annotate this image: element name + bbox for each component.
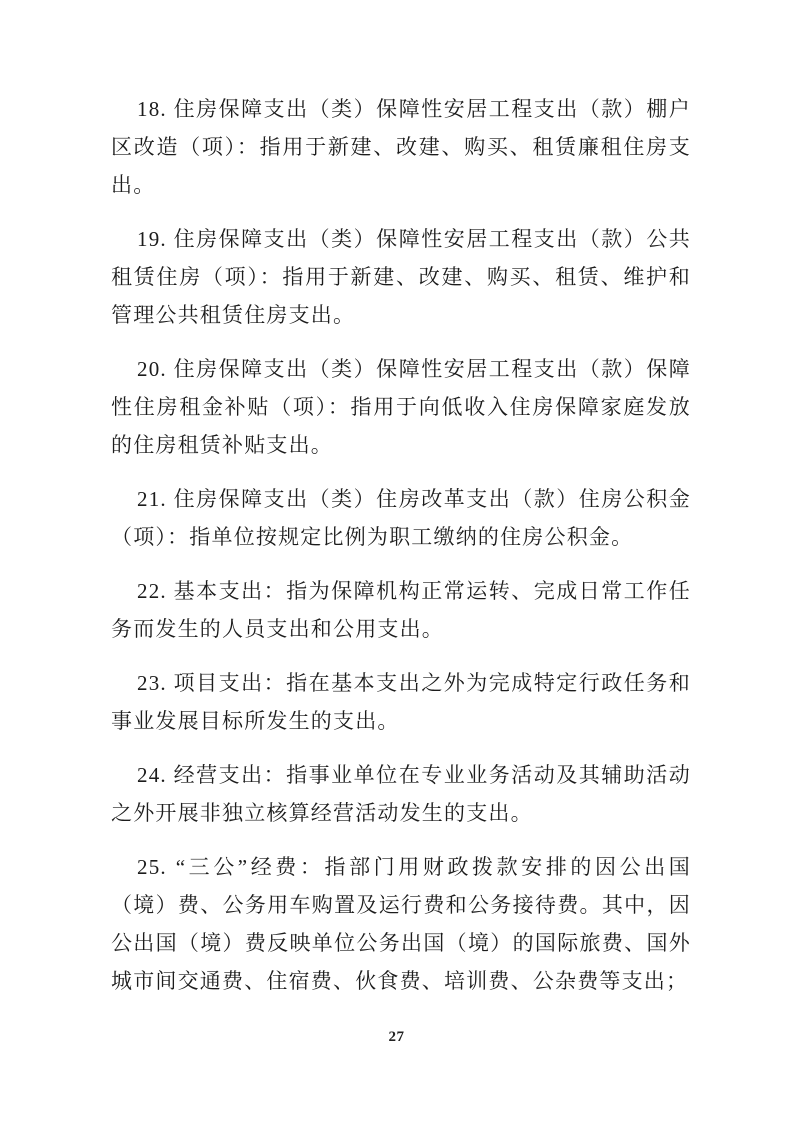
paragraph-23: 23. 项目支出：指在基本支出之外为完成特定行政任务和事业发展目标所发生的支出。 [111, 664, 691, 740]
page-footer: 27 [0, 1028, 793, 1046]
document-page: 18. 住房保障支出（类）保障性安居工程支出（款）棚户区改造（项）：指用于新建、… [0, 0, 793, 1122]
paragraph-21: 21. 住房保障支出（类）住房改革支出（款）住房公积金（项）：指单位按规定比例为… [111, 480, 691, 556]
paragraph-25: 25. “三公”经费：指部门用财政拨款安排的因公出国（境）费、公务用车购置及运行… [111, 848, 691, 1000]
paragraph-22: 22. 基本支出：指为保障机构正常运转、完成日常工作任务而发生的人员支出和公用支… [111, 572, 691, 648]
page-number: 27 [389, 1029, 405, 1045]
paragraph-20: 20. 住房保障支出（类）保障性安居工程支出（款）保障性住房租金补贴（项）：指用… [111, 350, 691, 464]
paragraph-18: 18. 住房保障支出（类）保障性安居工程支出（款）棚户区改造（项）：指用于新建、… [111, 90, 691, 204]
paragraph-19: 19. 住房保障支出（类）保障性安居工程支出（款）公共租赁住房（项）：指用于新建… [111, 220, 691, 334]
page-body-text: 18. 住房保障支出（类）保障性安居工程支出（款）棚户区改造（项）：指用于新建、… [111, 90, 691, 1000]
paragraph-24: 24. 经营支出：指事业单位在专业业务活动及其辅助活动之外开展非独立核算经营活动… [111, 756, 691, 832]
